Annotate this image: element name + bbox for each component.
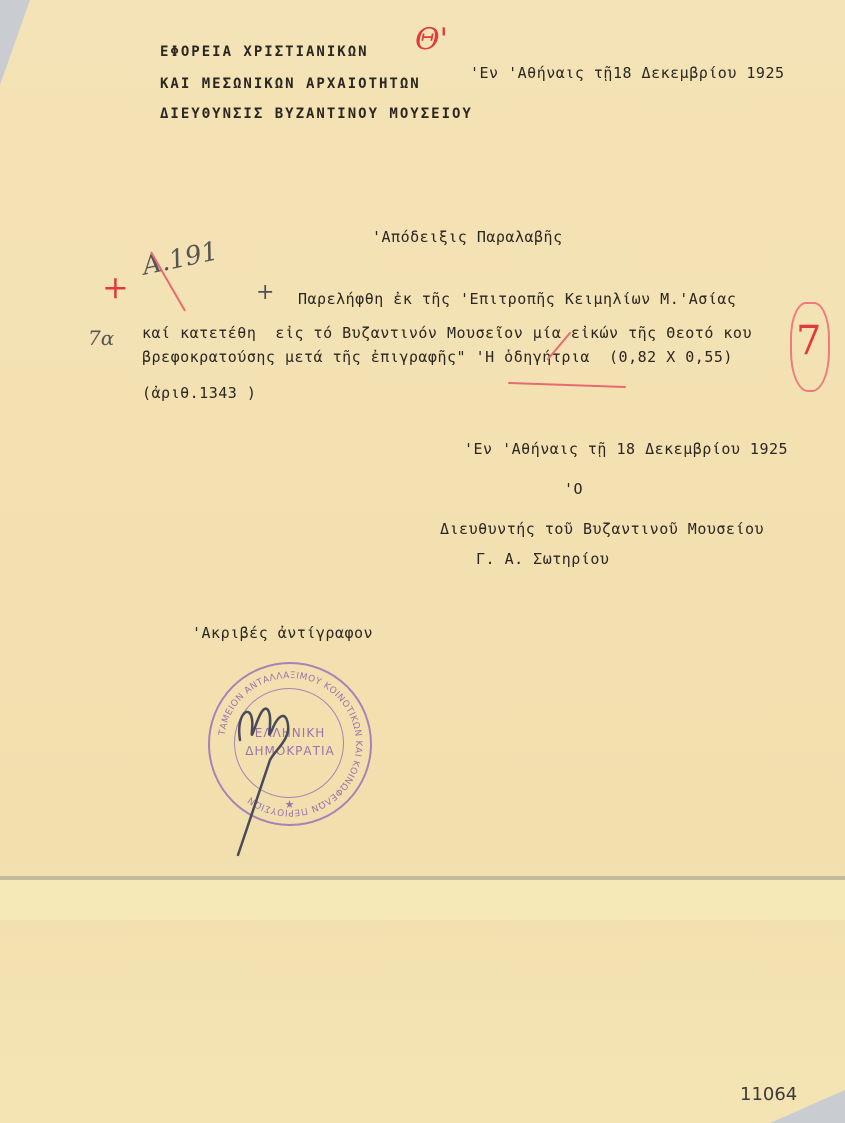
signature-name: Γ. Α. Σωτηρίου: [476, 550, 609, 568]
document-title: 'Απόδειξις Παραλαβῆς: [372, 228, 563, 246]
letterhead-line-1: ΕΦΟΡΕΙΑ ΧΡΙΣΤΙΑΝΙΚΩΝ: [160, 44, 369, 60]
body-line-2: καί κατετέθη εἰς τό Βυζαντινόν Μουσεῖον …: [142, 324, 752, 342]
fold-highlight: [0, 880, 845, 920]
certified-copy-label: 'Ακριβές ἀντίγραφον: [192, 624, 373, 642]
signature-date: 'Εν 'Αθήναις τῇ 18 Δεκεμβρίου 1925: [464, 440, 788, 458]
document-paper: [0, 0, 845, 1123]
pencil-cross-mark: +: [256, 280, 274, 305]
letterhead-line-2: ΚΑΙ ΜΕΣΩΝΙΚΩΝ ΑΡΧΑΙΟΤΗΤΩΝ: [160, 76, 421, 92]
signature-role: Διευθυντής τοῦ Βυζαντινοῦ Μουσείου: [440, 520, 764, 538]
top-date: 'Εν 'Αθήναις τῇ18 Δεκεμβρίου 1925: [470, 64, 785, 82]
archive-number: 11064: [740, 1084, 797, 1105]
pencil-left-number: 7α: [88, 326, 114, 350]
signature-article: 'Ο: [564, 480, 583, 498]
body-line-4: (ἀριθ.1343 ): [142, 384, 256, 402]
letterhead-line-3: ΔΙΕΥΘΥΝΣΙΣ ΒΥΖΑΝΤΙΝΟΥ ΜΟΥΣΕΙΟΥ: [160, 106, 473, 122]
body-line-3: βρεφοκρατούσης μετά τῆς ἐπιγραφῆς" 'Η ὁδ…: [142, 348, 733, 366]
handwritten-signature: [230, 690, 310, 860]
red-annotation-right: 7: [796, 318, 821, 364]
red-annotation-top: Θ': [415, 22, 448, 57]
body-line-1: Παρελήφθη ἐκ τῆς 'Επιτροπῆς Κειμηλίων Μ.…: [298, 290, 736, 308]
red-plus-mark: +: [102, 268, 129, 306]
